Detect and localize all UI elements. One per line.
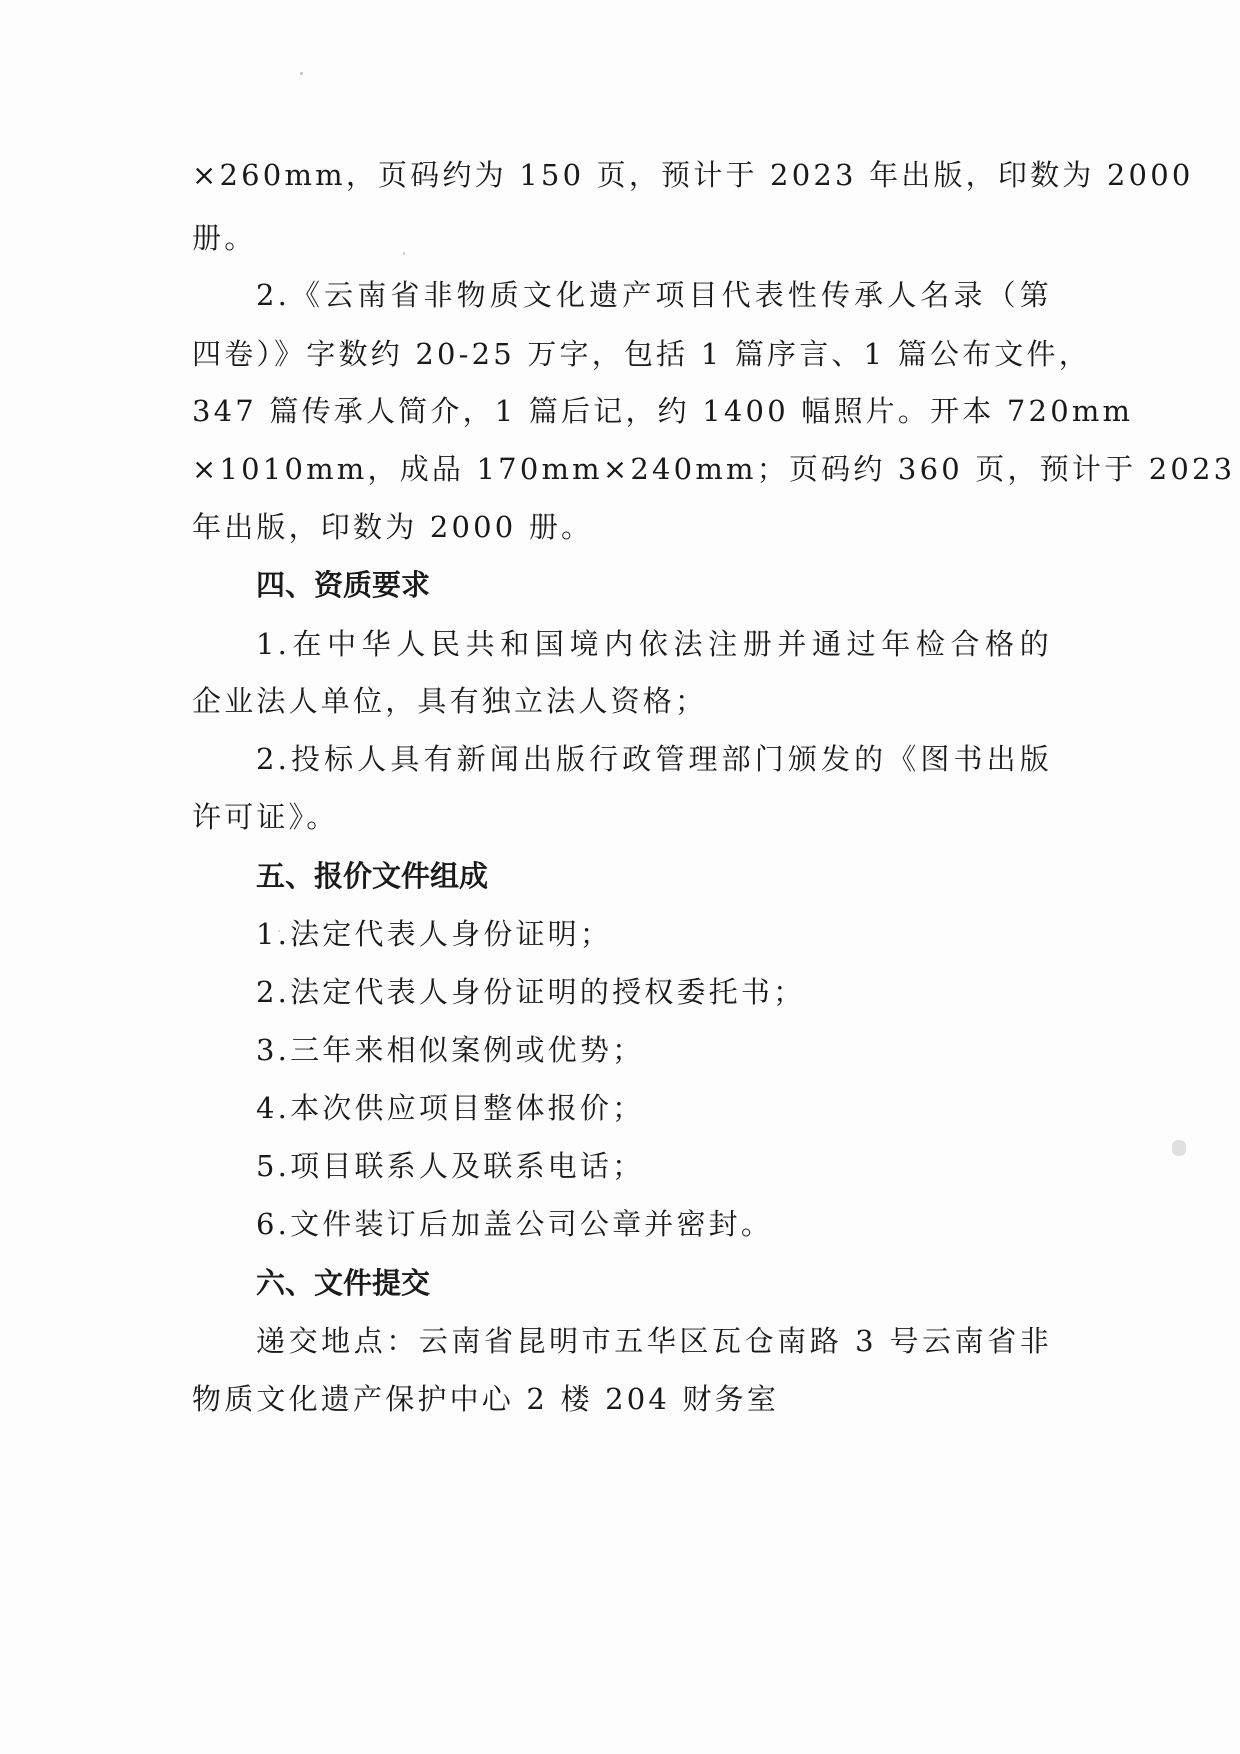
document-page: ×260mm，页码约为 150 页，预计于 2023 年出版，印数为 2000 … [0,0,1240,1754]
list-item-continuation: 企业法人单位，具有独立法人资格； [192,683,1052,719]
list-item: 2.投标人具有新闻出版行政管理部门颁发的《图书出版 [256,741,1052,777]
section-heading: 六、文件提交 [256,1265,1052,1301]
scan-speck [278,930,280,932]
paragraph-line: 年出版，印数为 2000 册。 [192,509,1052,545]
list-item: 4.本次供应项目整体报价； [256,1090,1052,1126]
list-item: 1.在中华人民共和国境内依法注册并通过年检合格的 [256,626,1052,662]
list-item: 6.文件装订后加盖公司公章并密封。 [256,1206,1052,1242]
scan-speck [1172,1140,1186,1156]
scan-speck [300,72,303,75]
paragraph-line: 四卷）》字数约 20-25 万字，包括 1 篇序言、1 篇公布文件， [192,336,1052,372]
list-item: 5.项目联系人及联系电话； [256,1148,1052,1184]
section-heading: 四、资质要求 [256,567,1052,603]
list-item-continuation: 物质文化遗产保护中心 2 楼 204 财务室 [192,1381,1052,1417]
list-item: 1.法定代表人身份证明； [256,916,1052,952]
paragraph-line: 347 篇传承人简介，1 篇后记，约 1400 幅照片。开本 720mm [192,393,1052,429]
paragraph-line: 册。 [192,220,1052,256]
list-item: 2.法定代表人身份证明的授权委托书； [256,974,1052,1010]
list-item: 3.三年来相似案例或优势； [256,1032,1052,1068]
paragraph-line: ×260mm，页码约为 150 页，预计于 2023 年出版，印数为 2000 [192,157,1052,193]
list-item-continuation: 许可证》。 [192,799,1052,835]
section-heading: 五、报价文件组成 [256,858,1052,894]
scan-speck [403,252,405,255]
paragraph-line: ×1010mm，成品 170mm×240mm；页码约 360 页，预计于 202… [192,451,1052,487]
paragraph-line: 2.《云南省非物质文化遗产项目代表性传承人名录（第 [256,277,1052,313]
list-item: 递交地点：云南省昆明市五华区瓦仓南路 3 号云南省非 [256,1323,1052,1359]
